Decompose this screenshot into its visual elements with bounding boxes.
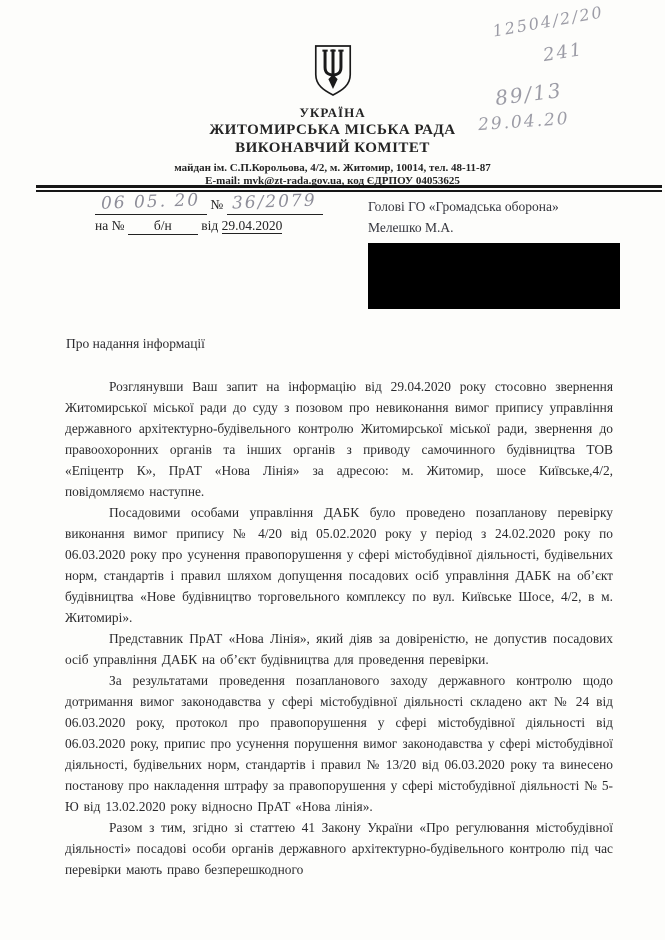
ukraine-trident-emblem-icon (313, 44, 353, 102)
body-paragraph-5: Разом з тим, згідно зі статтею 41 Закону… (65, 817, 613, 880)
letterhead-separator-rule (36, 185, 662, 192)
reply-date-label: від (201, 218, 218, 233)
body-paragraph-4: За результатами проведення позапланового… (65, 670, 613, 817)
body-paragraph-3: Представник ПрАТ «Нова Лінія», який діяв… (65, 628, 613, 670)
reply-number-field: б/н (128, 218, 198, 235)
recipient-block: Голові ГО «Громадська оборона» Мелешко М… (368, 196, 559, 238)
letterhead-department: ВИКОНАВЧИЙ КОМІТЕТ (0, 140, 665, 157)
reply-reference-row: на № б/н від 29.04.2020 (95, 218, 323, 235)
reply-prefix-label: на № (95, 218, 124, 233)
outgoing-reference-row: 06 05. 20 № 36/2079 (95, 194, 323, 215)
reference-block: 06 05. 20 № 36/2079 на № б/н від 29.04.2… (95, 194, 323, 235)
letter-body: Розглянувши Ваш запит на інформацію від … (65, 376, 613, 880)
handwritten-outgoing-number: 36/2079 (232, 191, 317, 214)
number-sign: № (210, 197, 223, 212)
scanned-letter-page: УКРАЇНА ЖИТОМИРСЬКА МІСЬКА РАДА ВИКОНАВЧ… (0, 0, 665, 940)
letterhead-address: майдан ім. С.П.Корольова, 4/2, м. Житоми… (0, 162, 665, 174)
body-paragraph-2: Посадовими особами управління ДАБК було … (65, 502, 613, 628)
recipient-name: Мелешко М.А. (368, 217, 559, 238)
outgoing-date-field: 06 05. 20 (95, 194, 207, 215)
reply-date-value: 29.04.2020 (222, 218, 283, 234)
body-paragraph-1: Розглянувши Ваш запит на інформацію від … (65, 376, 613, 502)
handwritten-outgoing-date: 06 05. 20 (101, 190, 201, 213)
subject-line: Про надання інформації (66, 336, 205, 352)
recipient-title: Голові ГО «Громадська оборона» (368, 196, 559, 217)
redaction-box (368, 243, 620, 309)
outgoing-number-field: 36/2079 (227, 194, 323, 215)
